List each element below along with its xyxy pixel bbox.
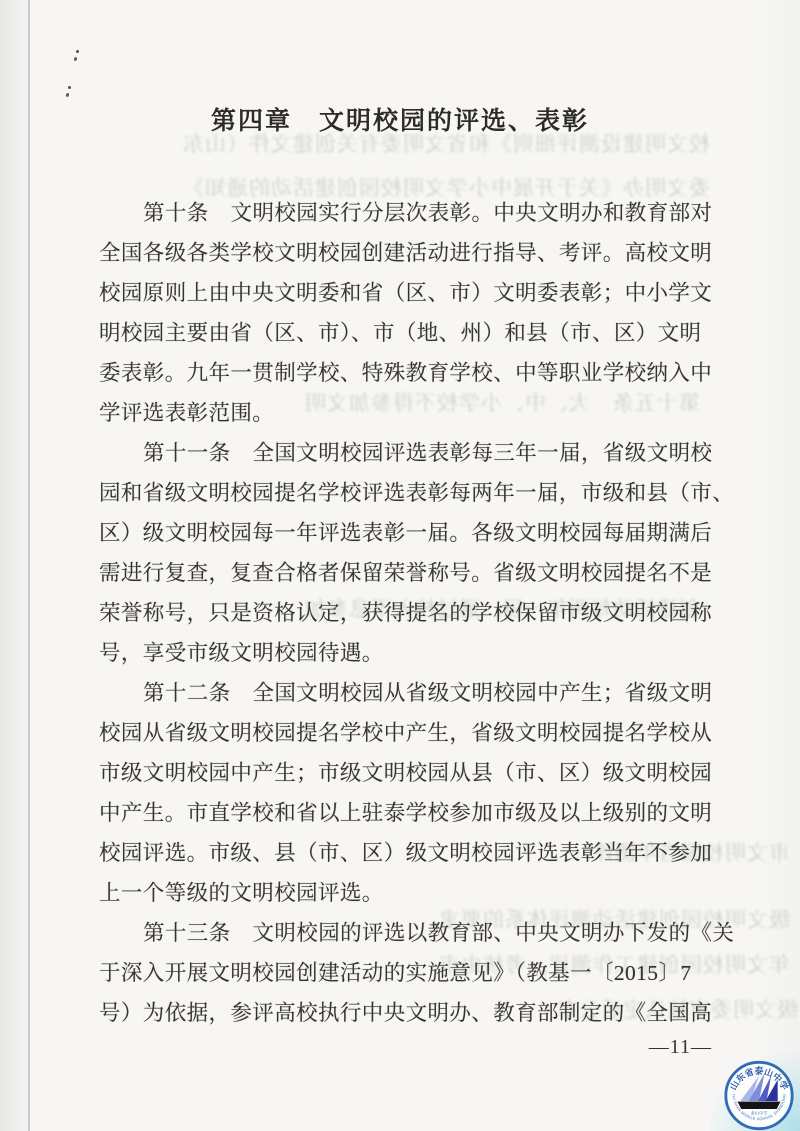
text-line: 市级文明校园中产生；市级文明校园从县（市、区）级文明校园 (99, 753, 715, 793)
text-line: 校园评选。市级、县（市、区）级文明校园评选表彰当年不参加 (99, 833, 715, 873)
text-line: 明校园主要由省（区、市）、市（地、州）和县（市、区）文明 (99, 313, 715, 353)
text-line: 需进行复查，复查合格者保留荣誉称号。省级文明校园提名不是 (99, 553, 715, 593)
body-text: 第十条 文明校园实行分层次表彰。中央文明办和教育部对全国各级各类学校文明校园创建… (99, 193, 715, 1033)
text-line: 于深入开展文明校园创建活动的实施意见》（教基一〔2015〕7 (99, 953, 715, 993)
text-line: 校园从省级文明校园提名学校中产生，省级文明校园提名学校从 (99, 713, 715, 753)
text-line: 号，享受市级文明校园待遇。 (99, 633, 715, 673)
text-line: 荣誉称号，只是资格认定，获得提名的学校保留市级文明校园称 (99, 593, 715, 633)
seal-base-text: 泰山中学 (751, 1110, 769, 1117)
page-number: —11— (649, 1036, 712, 1059)
scan-left-edge (0, 0, 28, 1131)
ink-speck (76, 50, 79, 53)
text-line: 中产生。市直学校和省以上驻泰学校参加市级及以上级别的文明 (99, 793, 715, 833)
document-page: 校文明建设测评细则》和省文明委有关创建文件（山东委文明办《关于开展中小学文明校园… (0, 0, 800, 1131)
text-line: 号）为依据，参评高校执行中央文明办、教育部制定的《全国高 (99, 993, 715, 1033)
text-line: 第十三条 文明校园的评选以教育部、中央文明办下发的《关 (99, 913, 715, 953)
text-line: 第十一条 全国文明校园评选表彰每三年一届，省级文明校 (99, 433, 715, 473)
scan-right-shade (760, 0, 800, 1131)
text-line: 全国各级各类学校文明校园创建活动进行指导、考评。高校文明 (99, 233, 715, 273)
text-line: 园和省级文明校园提名学校评选表彰每两年一届，市级和县（市、 (99, 473, 715, 513)
chapter-title: 第四章 文明校园的评选、表彰 (0, 101, 800, 137)
text-line: 校园原则上由中央文明委和省（区、市）文明委表彰；中小学文 (99, 273, 715, 313)
text-line: 区）级文明校园每一年评选表彰一届。各级文明校园每届期满后 (99, 513, 715, 553)
text-line: 学评选表彰范围。 (99, 393, 715, 433)
text-line: 第十二条 全国文明校园从省级文明校园中产生；省级文明 (99, 673, 715, 713)
seal-black-base (738, 1102, 781, 1109)
text-line: 第十条 文明校园实行分层次表彰。中央文明办和教育部对 (99, 193, 715, 233)
text-line: 上一个等级的文明校园评选。 (99, 873, 715, 913)
page-fold-line (28, 0, 30, 1131)
text-line: 委表彰。九年一贯制学校、特殊教育学校、中等职业学校纳入中 (99, 353, 715, 393)
school-seal-stamp: 山东省泰山中学 TAI SHAN MIDDLE SCHOOL SHANDONG … (723, 1060, 795, 1131)
ink-speck (68, 86, 71, 89)
